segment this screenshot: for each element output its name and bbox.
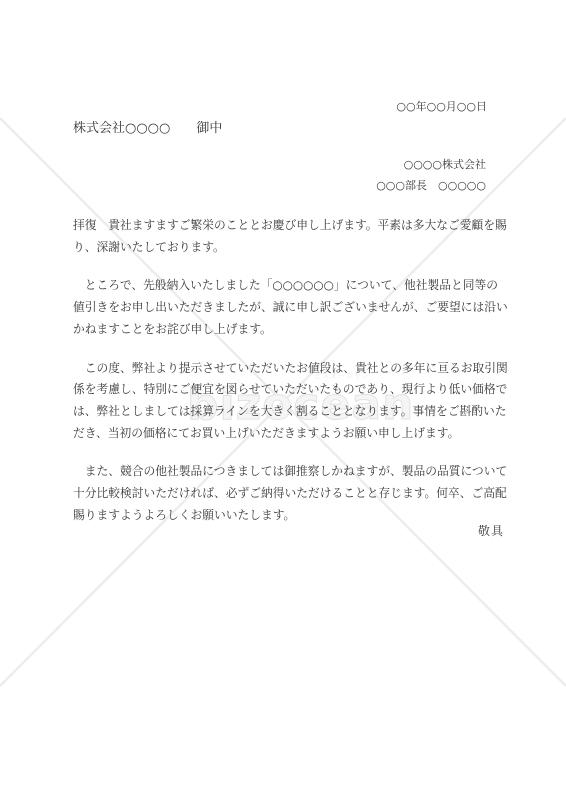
body-line: この度、弊社より提示させていただいたお値段は、貴社との多年に亘るお取引関 [73,358,509,380]
letter-body: 拝復 貴社ますますご繁栄のこととお慶び申し上げます。平素は多大なご愛顧を賜り、深… [73,215,509,543]
sender-block: ○○○○株式会社 ○○○部長 ○○○○○ [376,154,486,196]
paragraph-3: この度、弊社より提示させていただいたお値段は、貴社との多年に亘るお取引関係を考慮… [73,358,509,445]
body-paragraphs: 拝復 貴社ますますご繁栄のこととお慶び申し上げます。平素は多大なご愛顧を賜り、深… [73,215,509,526]
paragraph-4: また、競合の他社製品につきましては御推察しかねますが、製品の品質について十分比較… [73,461,509,526]
date-line: ○○年○○月○○日 [396,98,487,114]
letter-page: ビズオーシャン bizocean ○○年○○月○○日 株式会社○○○○ 御中 ○… [0,0,566,800]
sender-company: ○○○○株式会社 [376,154,486,175]
body-line: 値引きをお申し出いただきましたが、誠に申し訳ございませんが、ご要望には沿い [73,297,509,319]
paragraph-1: 拝復 貴社ますますご繁栄のこととお慶び申し上げます。平素は多大なご愛顧を賜り、深… [73,215,509,258]
body-line: り、深謝いたしております。 [73,237,509,259]
body-line: 拝復 貴社ますますご繁栄のこととお慶び申し上げます。平素は多大なご愛顧を賜 [73,215,509,237]
sender-person: ○○○部長 ○○○○○ [376,175,486,196]
paragraph-2: ところで、先般納入いたしました「○○○○○○」について、他社製品と同等の値引きを… [73,275,509,340]
body-line: だき、当初の価格にてお買い上げいただきますようお願い申し上げます。 [73,423,509,445]
body-line: 係を考慮し、特別にご便宜を図らせていただいたものであり、現行より低い価格で [73,379,509,401]
body-line: ところで、先般納入いたしました「○○○○○○」について、他社製品と同等の [73,275,509,297]
body-line: また、競合の他社製品につきましては御推察しかねますが、製品の品質について [73,461,509,483]
body-line: かねますことをお詫び申し上げます。 [73,319,509,341]
recipient-line: 株式会社○○○○ 御中 [73,117,222,136]
body-line: は、弊社としましては採算ラインを大きく割ることとなります。事情をご斟酌いた [73,401,509,423]
body-line: 十分比較検討いただければ、必ずご納得いただけることと存じます。何卒、ご高配 [73,483,509,505]
